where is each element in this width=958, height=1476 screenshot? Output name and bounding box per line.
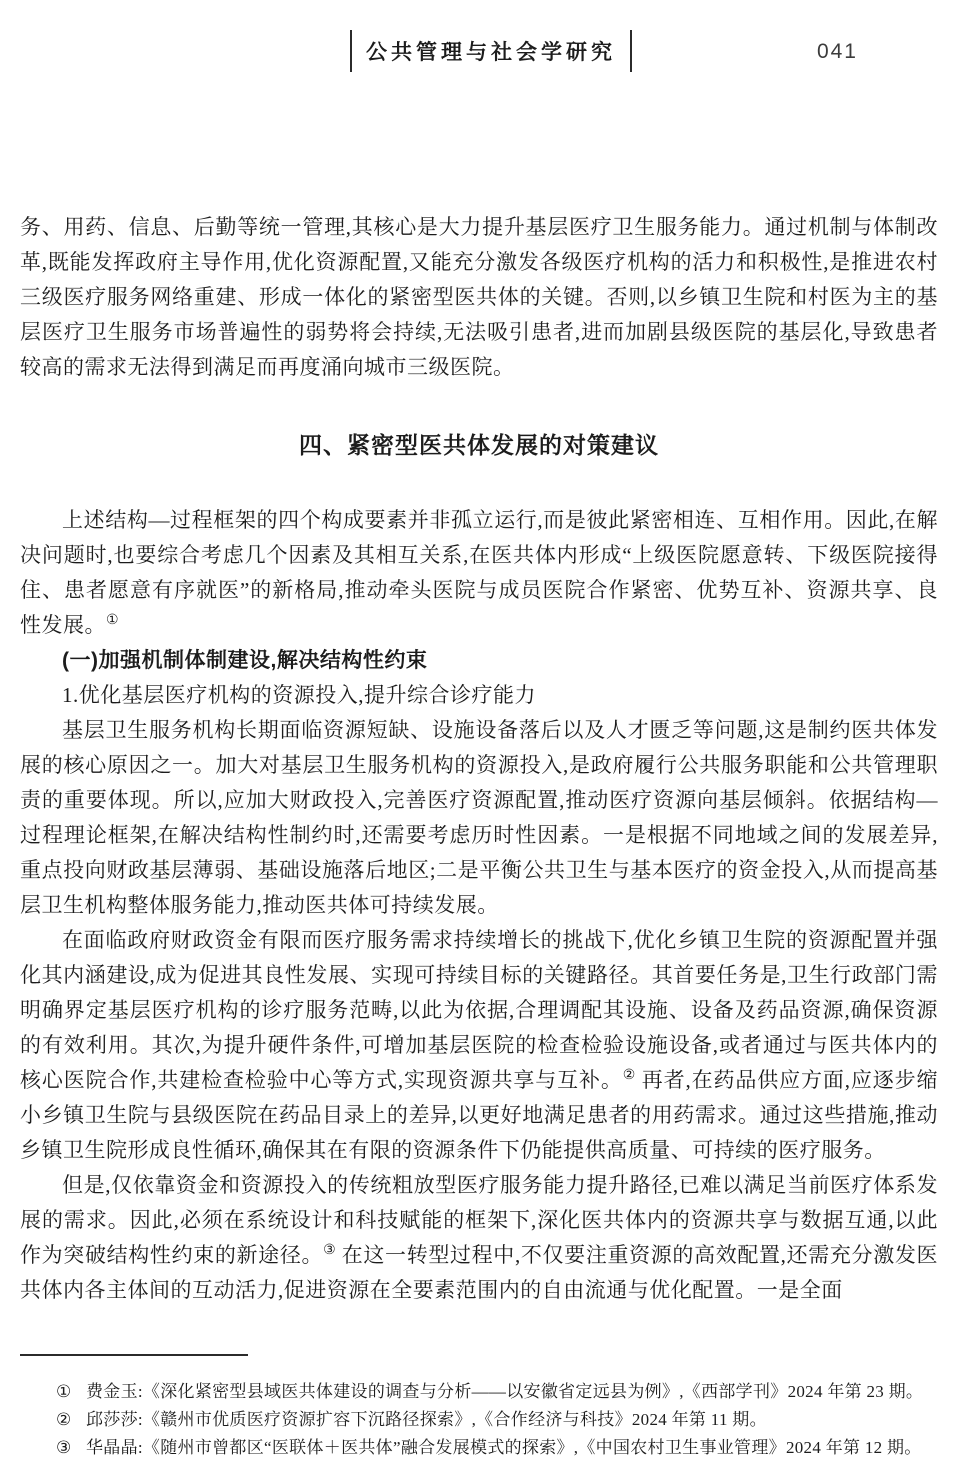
page-number: 041 <box>817 40 858 64</box>
footnote-marker: ② <box>56 1406 86 1434</box>
paragraph-transformation: 但是,仅依靠资金和资源投入的传统粗放型医疗服务能力提升路径,已难以满足当前医疗体… <box>20 1168 938 1308</box>
article-body: 务、用药、信息、后勤等统一管理,其核心是大力提升基层医疗卫生服务能力。通过机制与… <box>20 210 938 1308</box>
footnote-reference: ③ <box>323 1243 336 1258</box>
footnote-marker: ③ <box>56 1434 86 1462</box>
footnote-text: 邱莎莎:《赣州市优质医疗资源扩容下沉路径探索》,《合作经济与科技》2024 年第… <box>86 1406 938 1434</box>
footnote-text: 费金玉:《深化紧密型县域医共体建设的调查与分析——以安徽省定远县为例》,《西部学… <box>86 1378 938 1406</box>
footnote-item: ③华晶晶:《随州市曾都区“医联体＋医共体”融合发展模式的探索》,《中国农村卫生事… <box>20 1434 938 1462</box>
footnote-separator-rule <box>20 1354 248 1356</box>
subsection-heading: (一)加强机制体制建设,解决结构性约束 <box>20 643 938 678</box>
paragraph-township-hospital: 在面临政府财政资金有限而医疗服务需求持续增长的挑战下,优化乡镇卫生院的资源配置并… <box>20 923 938 1168</box>
page-header: 公共管理与社会学研究 041 <box>0 30 958 76</box>
footnote-text: 华晶晶:《随州市曾都区“医联体＋医共体”融合发展模式的探索》,《中国农村卫生事业… <box>86 1434 938 1462</box>
footnote-reference: ① <box>106 613 119 628</box>
footnotes-section: ①费金玉:《深化紧密型县域医共体建设的调查与分析——以安徽省定远县为例》,《西部… <box>20 1354 938 1462</box>
footnote-item: ①费金玉:《深化紧密型县域医共体建设的调查与分析——以安徽省定远县为例》,《西部… <box>20 1378 938 1406</box>
paragraph-resource-input: 基层卫生服务机构长期面临资源短缺、设施设备落后以及人才匮乏等问题,这是制约医共体… <box>20 713 938 923</box>
footnote-item: ②邱莎莎:《赣州市优质医疗资源扩容下沉路径探索》,《合作经济与科技》2024 年… <box>20 1406 938 1434</box>
section-heading: 四、紧密型医共体发展的对策建议 <box>20 429 938 461</box>
footnote-list: ①费金玉:《深化紧密型县域医共体建设的调查与分析——以安徽省定远县为例》,《西部… <box>20 1378 938 1462</box>
journal-section-title: 公共管理与社会学研究 <box>350 30 632 72</box>
journal-page: 公共管理与社会学研究 041 务、用药、信息、后勤等统一管理,其核心是大力提升基… <box>0 0 958 1476</box>
footnote-reference: ② <box>623 1068 636 1083</box>
paragraph-framework: 上述结构—过程框架的四个构成要素并非孤立运行,而是彼此紧密相连、互相作用。因此,… <box>20 503 938 643</box>
point-heading: 1.优化基层医疗机构的资源投入,提升综合诊疗能力 <box>20 678 938 713</box>
footnote-marker: ① <box>56 1378 86 1406</box>
continued-paragraph: 务、用药、信息、后勤等统一管理,其核心是大力提升基层医疗卫生服务能力。通过机制与… <box>20 210 938 385</box>
